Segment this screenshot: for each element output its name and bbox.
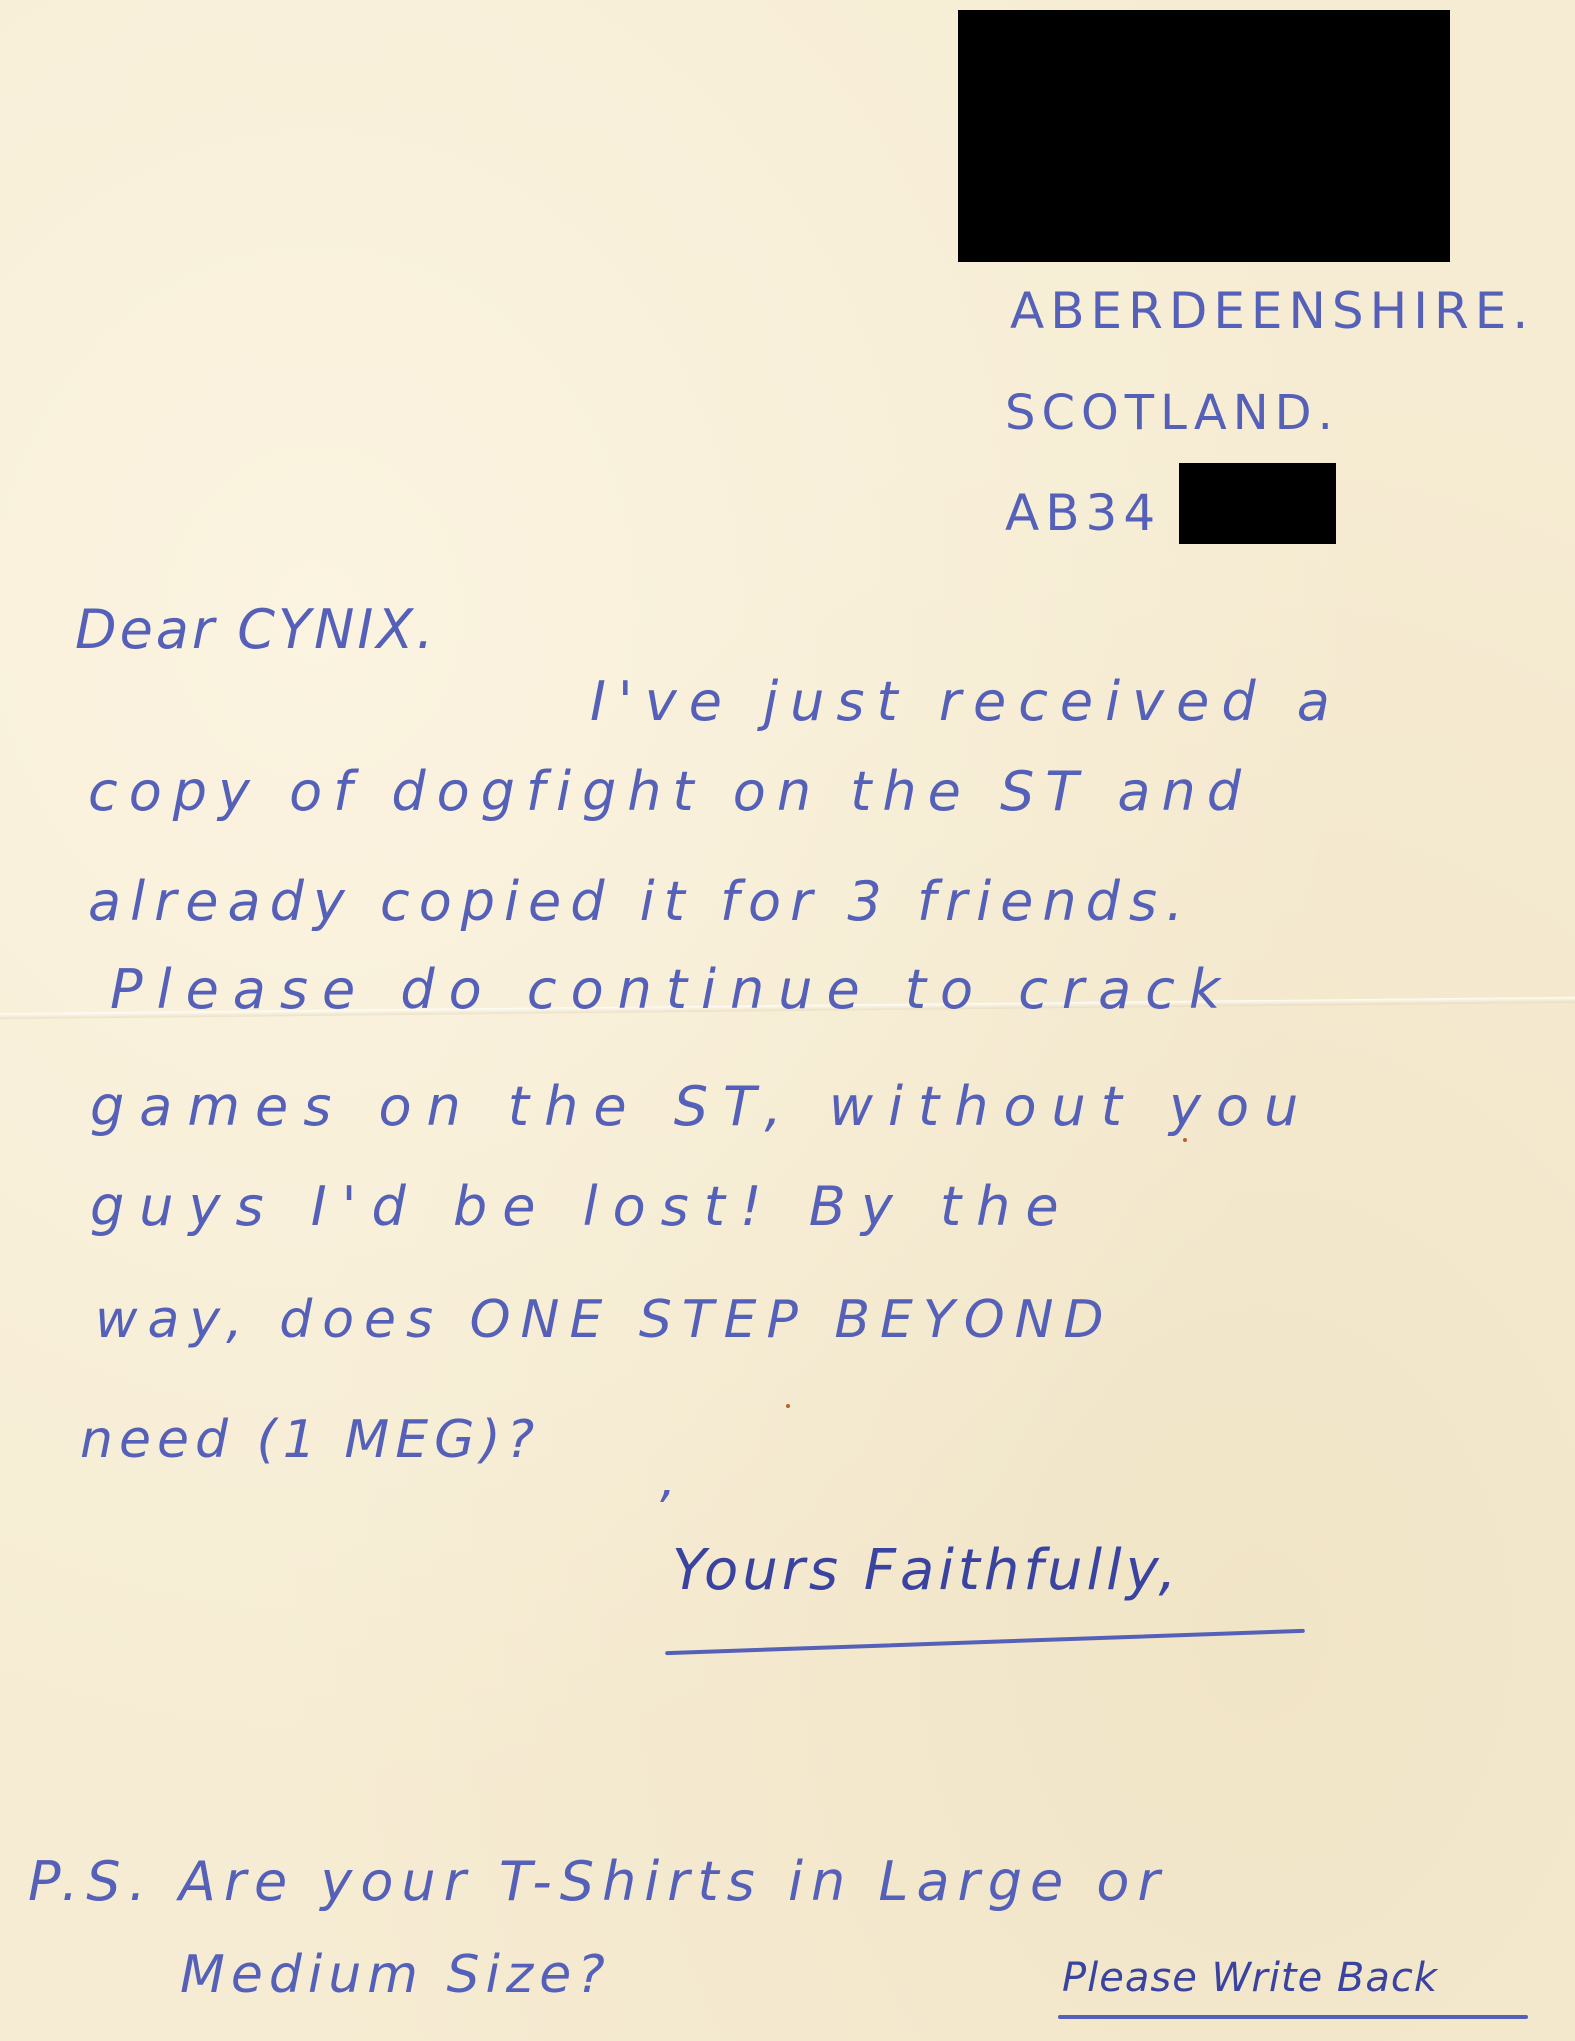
- ink-speck: [1183, 1138, 1187, 1142]
- address-country: SCOTLAND.: [1005, 385, 1339, 441]
- closing: Yours Faithfully,: [672, 1538, 1180, 1603]
- stray-comma: ,: [660, 1450, 679, 1508]
- postscript-line-2: Medium Size?: [180, 1945, 611, 2005]
- salutation: Dear CYNIX.: [75, 598, 436, 661]
- body-line-3: already copied it for 3 friends.: [88, 870, 1192, 933]
- body-line-2: copy of dogfight on the ST and: [88, 760, 1252, 823]
- body-line-6: guys I'd be lost! By the: [90, 1175, 1074, 1238]
- closing-underline: [665, 1629, 1305, 1655]
- postscript-line-1: P.S. Are your T-Shirts in Large or: [28, 1850, 1168, 1913]
- note-underline: [1058, 2015, 1528, 2019]
- ink-speck: [786, 1404, 790, 1408]
- address-postcode: AB34: [1005, 484, 1161, 542]
- body-line-5: games on the ST, without you: [90, 1075, 1313, 1138]
- redacted-postcode: [1179, 463, 1336, 544]
- address-county: ABERDEENSHIRE.: [1010, 282, 1534, 340]
- body-line-8: need (1 MEG)?: [80, 1410, 540, 1470]
- redacted-address-block: [958, 10, 1450, 262]
- please-write-back-note: Please Write Back: [1062, 1955, 1438, 2001]
- body-line-7: way, does ONE STEP BEYOND: [95, 1290, 1114, 1350]
- body-line-4: Please do continue to crack: [110, 958, 1234, 1021]
- body-line-1: I've just received a: [590, 670, 1342, 733]
